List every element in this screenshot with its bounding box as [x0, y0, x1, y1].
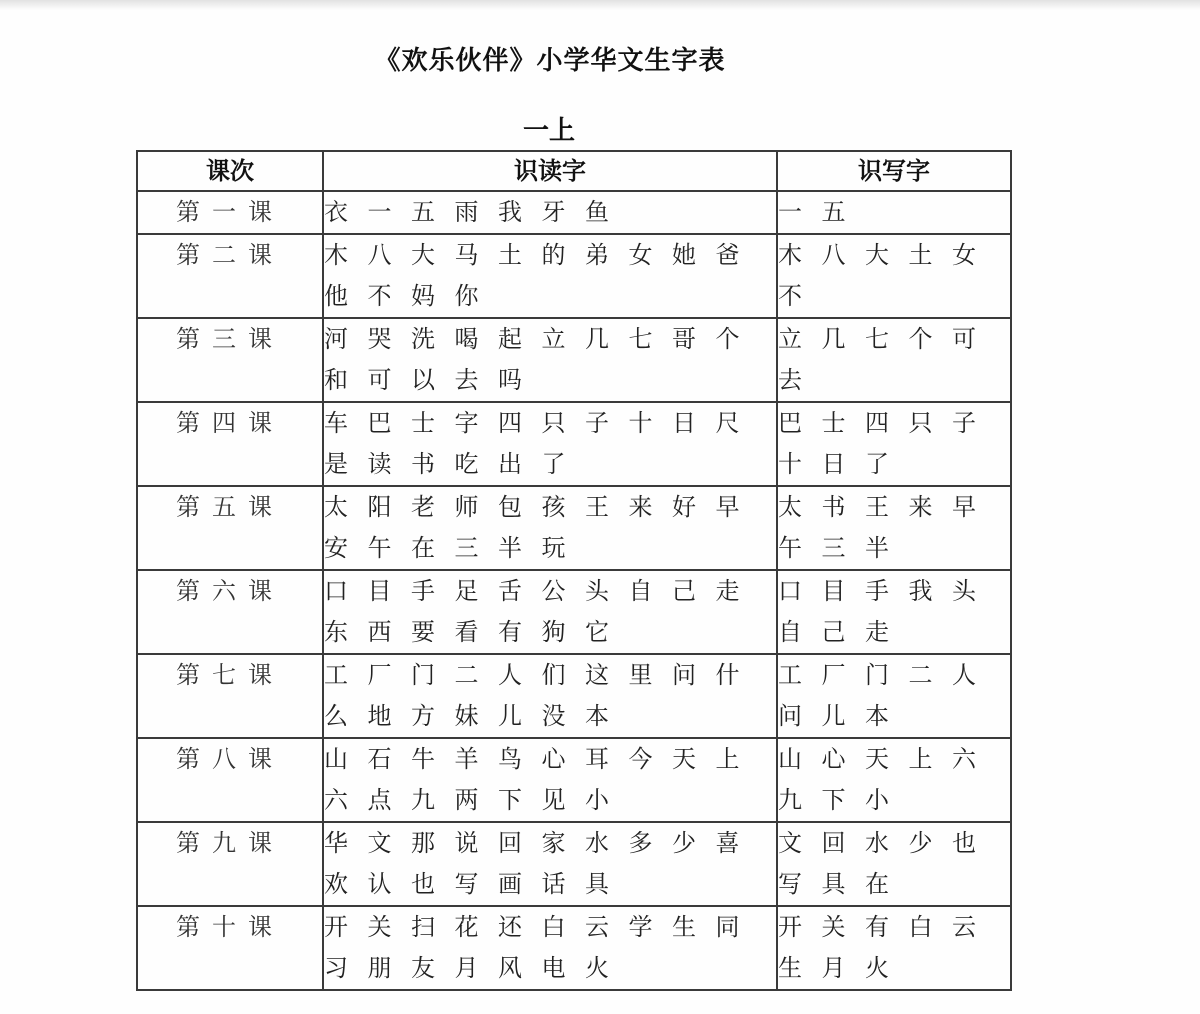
character: 妈 — [411, 276, 455, 317]
character: 山 — [778, 739, 822, 780]
character: 一 — [368, 192, 412, 233]
read-chars-cell: 太阳老师包孩王来好早安午在三半玩 — [323, 486, 777, 570]
char-line: 开关扫花还白云学生同 — [324, 907, 776, 948]
char-line: 口目手足舌公头自己走 — [324, 571, 776, 612]
character: 云 — [585, 907, 629, 948]
character: 西 — [368, 612, 412, 653]
character: 大 — [865, 235, 909, 276]
table-row: 第七课工厂门二人们这里问什么地方妹儿没本工厂门二人问儿本 — [137, 654, 1011, 738]
header-write-chars: 识写字 — [777, 151, 1011, 191]
character: 二 — [909, 655, 953, 696]
character: 少 — [672, 823, 716, 864]
character: 太 — [778, 487, 822, 528]
char-line: 木八大土女 — [778, 235, 1010, 276]
character: 午 — [368, 528, 412, 569]
character: 喜 — [716, 823, 760, 864]
character: 鸟 — [498, 739, 542, 780]
table-body: 第一课衣一五雨我牙鱼一五第二课木八大马土的弟女她爸他不妈你木八大土女不第三课河哭… — [137, 191, 1011, 990]
character: 阳 — [368, 487, 412, 528]
write-chars-cell: 太书王来早午三半 — [777, 486, 1011, 570]
character: 来 — [909, 487, 953, 528]
character: 舌 — [498, 571, 542, 612]
document-title: 《欢乐伙伴》小学华文生字表 — [0, 40, 1100, 77]
character: 头 — [585, 571, 629, 612]
character: 个 — [909, 319, 953, 360]
lesson-cell: 第六课 — [137, 570, 323, 654]
character: 孩 — [542, 487, 586, 528]
character: 口 — [778, 571, 822, 612]
character: 木 — [778, 235, 822, 276]
character: 只 — [542, 403, 586, 444]
character: 起 — [498, 319, 542, 360]
character: 么 — [324, 696, 368, 737]
character: 有 — [498, 612, 542, 653]
character: 不 — [778, 276, 822, 317]
character: 上 — [909, 739, 953, 780]
character: 在 — [411, 528, 455, 569]
character: 弟 — [585, 235, 629, 276]
character: 人 — [498, 655, 542, 696]
character: 去 — [455, 360, 499, 401]
table-row: 第五课太阳老师包孩王来好早安午在三半玩太书王来早午三半 — [137, 486, 1011, 570]
character: 工 — [778, 655, 822, 696]
write-chars-cell: 一五 — [777, 191, 1011, 234]
character: 可 — [952, 319, 996, 360]
char-line: 么地方妹儿没本 — [324, 696, 776, 737]
character: 士 — [822, 403, 866, 444]
character: 关 — [368, 907, 412, 948]
character: 老 — [411, 487, 455, 528]
write-chars-cell: 巴士四只子十日了 — [777, 402, 1011, 486]
character: 自 — [778, 612, 822, 653]
char-line: 山石牛羊鸟心耳今天上 — [324, 739, 776, 780]
table-row: 第八课山石牛羊鸟心耳今天上六点九两下见小山心天上六九下小 — [137, 738, 1011, 822]
character: 六 — [324, 780, 368, 821]
character: 师 — [455, 487, 499, 528]
character: 土 — [909, 235, 953, 276]
character: 了 — [542, 444, 586, 485]
character: 我 — [909, 571, 953, 612]
character: 巴 — [368, 403, 412, 444]
table-row: 第一课衣一五雨我牙鱼一五 — [137, 191, 1011, 234]
character: 我 — [498, 192, 542, 233]
character: 白 — [909, 907, 953, 948]
character: 吃 — [455, 444, 499, 485]
character: 厂 — [822, 655, 866, 696]
character: 风 — [498, 948, 542, 989]
lesson-cell: 第四课 — [137, 402, 323, 486]
character: 己 — [822, 612, 866, 653]
character: 四 — [498, 403, 542, 444]
character: 的 — [542, 235, 586, 276]
character: 四 — [865, 403, 909, 444]
char-line: 安午在三半玩 — [324, 528, 776, 569]
write-chars-cell: 口目手我头自己走 — [777, 570, 1011, 654]
character: 认 — [368, 864, 412, 905]
character: 雨 — [455, 192, 499, 233]
lesson-cell: 第二课 — [137, 234, 323, 318]
character: 说 — [455, 823, 499, 864]
character: 她 — [672, 235, 716, 276]
character: 看 — [455, 612, 499, 653]
character: 吗 — [498, 360, 542, 401]
character: 书 — [822, 487, 866, 528]
character: 问 — [778, 696, 822, 737]
write-chars-cell: 开关有白云生月火 — [777, 906, 1011, 990]
character: 本 — [865, 696, 909, 737]
character: 有 — [865, 907, 909, 948]
character: 目 — [368, 571, 412, 612]
character: 开 — [324, 907, 368, 948]
char-line: 和可以去吗 — [324, 360, 776, 401]
character: 半 — [865, 528, 909, 569]
character: 门 — [865, 655, 909, 696]
character: 好 — [672, 487, 716, 528]
character: 天 — [672, 739, 716, 780]
char-line: 九下小 — [778, 780, 1010, 821]
character: 日 — [672, 403, 716, 444]
character: 文 — [368, 823, 412, 864]
character: 河 — [324, 319, 368, 360]
character: 石 — [368, 739, 412, 780]
character: 写 — [778, 864, 822, 905]
character: 牙 — [542, 192, 586, 233]
char-line: 太书王来早 — [778, 487, 1010, 528]
character: 字 — [455, 403, 499, 444]
lesson-cell: 第一课 — [137, 191, 323, 234]
character: 它 — [585, 612, 629, 653]
lesson-cell: 第三课 — [137, 318, 323, 402]
character: 自 — [629, 571, 673, 612]
character: 书 — [411, 444, 455, 485]
character: 三 — [455, 528, 499, 569]
character: 白 — [542, 907, 586, 948]
character: 哭 — [368, 319, 412, 360]
lesson-cell: 第七课 — [137, 654, 323, 738]
character: 羊 — [455, 739, 499, 780]
char-line: 不 — [778, 276, 1010, 317]
character: 不 — [368, 276, 412, 317]
read-chars-cell: 木八大马土的弟女她爸他不妈你 — [323, 234, 777, 318]
write-chars-cell: 文回水少也写具在 — [777, 822, 1011, 906]
character: 他 — [324, 276, 368, 317]
table-row: 第九课华文那说回家水多少喜欢认也写画话具文回水少也写具在 — [137, 822, 1011, 906]
char-line: 写具在 — [778, 864, 1010, 905]
read-chars-cell: 开关扫花还白云学生同习朋友月风电火 — [323, 906, 777, 990]
character: 午 — [778, 528, 822, 569]
character: 五 — [822, 192, 866, 233]
character: 子 — [952, 403, 996, 444]
char-line: 木八大马土的弟女她爸 — [324, 235, 776, 276]
character: 华 — [324, 823, 368, 864]
character: 头 — [952, 571, 996, 612]
character: 木 — [324, 235, 368, 276]
character: 子 — [585, 403, 629, 444]
character: 可 — [368, 360, 412, 401]
write-chars-cell: 山心天上六九下小 — [777, 738, 1011, 822]
character: 小 — [865, 780, 909, 821]
character: 生 — [672, 907, 716, 948]
character: 今 — [629, 739, 673, 780]
read-chars-cell: 衣一五雨我牙鱼 — [323, 191, 777, 234]
character: 己 — [672, 571, 716, 612]
character: 们 — [542, 655, 586, 696]
character: 八 — [822, 235, 866, 276]
character: 手 — [411, 571, 455, 612]
character: 鱼 — [585, 192, 629, 233]
char-line: 华文那说回家水多少喜 — [324, 823, 776, 864]
character: 两 — [455, 780, 499, 821]
char-line: 生月火 — [778, 948, 1010, 989]
character: 以 — [411, 360, 455, 401]
character: 口 — [324, 571, 368, 612]
character: 下 — [498, 780, 542, 821]
table-row: 第四课车巴士字四只子十日尺是读书吃出了巴士四只子十日了 — [137, 402, 1011, 486]
write-chars-cell: 立几七个可去 — [777, 318, 1011, 402]
character: 小 — [585, 780, 629, 821]
character: 话 — [542, 864, 586, 905]
table-row: 第二课木八大马土的弟女她爸他不妈你木八大土女不 — [137, 234, 1011, 318]
character: 车 — [324, 403, 368, 444]
character: 山 — [324, 739, 368, 780]
character: 家 — [542, 823, 586, 864]
character: 儿 — [498, 696, 542, 737]
character: 水 — [865, 823, 909, 864]
character: 开 — [778, 907, 822, 948]
character: 只 — [909, 403, 953, 444]
character: 一 — [778, 192, 822, 233]
char-line: 去 — [778, 360, 1010, 401]
character: 手 — [865, 571, 909, 612]
character-table: 课次 识读字 识写字 第一课衣一五雨我牙鱼一五第二课木八大马土的弟女她爸他不妈你… — [136, 150, 1012, 991]
table-header-row: 课次 识读字 识写字 — [137, 151, 1011, 191]
character: 公 — [542, 571, 586, 612]
character: 妹 — [455, 696, 499, 737]
character: 七 — [629, 319, 673, 360]
char-line: 六点九两下见小 — [324, 780, 776, 821]
viewer-top-shadow — [0, 0, 1200, 10]
character: 方 — [411, 696, 455, 737]
character: 文 — [778, 823, 822, 864]
character: 多 — [629, 823, 673, 864]
character: 去 — [778, 360, 822, 401]
character: 二 — [455, 655, 499, 696]
table-row: 第六课口目手足舌公头自己走东西要看有狗它口目手我头自己走 — [137, 570, 1011, 654]
character: 马 — [455, 235, 499, 276]
character: 十 — [629, 403, 673, 444]
character: 月 — [822, 948, 866, 989]
character: 没 — [542, 696, 586, 737]
char-line: 工厂门二人 — [778, 655, 1010, 696]
char-line: 车巴士字四只子十日尺 — [324, 403, 776, 444]
character: 是 — [324, 444, 368, 485]
character: 点 — [368, 780, 412, 821]
character: 见 — [542, 780, 586, 821]
char-line: 太阳老师包孩王来好早 — [324, 487, 776, 528]
character: 具 — [822, 864, 866, 905]
character: 立 — [542, 319, 586, 360]
character: 还 — [498, 907, 542, 948]
character: 儿 — [822, 696, 866, 737]
character: 扫 — [411, 907, 455, 948]
character: 在 — [865, 864, 909, 905]
character: 牛 — [411, 739, 455, 780]
character: 少 — [909, 823, 953, 864]
character: 那 — [411, 823, 455, 864]
char-line: 习朋友月风电火 — [324, 948, 776, 989]
document-subtitle: 一上 — [0, 110, 1098, 147]
character: 也 — [952, 823, 996, 864]
read-chars-cell: 工厂门二人们这里问什么地方妹儿没本 — [323, 654, 777, 738]
character: 目 — [822, 571, 866, 612]
character: 喝 — [455, 319, 499, 360]
character: 回 — [822, 823, 866, 864]
character: 个 — [716, 319, 760, 360]
char-line: 河哭洗喝起立几七哥个 — [324, 319, 776, 360]
character: 工 — [324, 655, 368, 696]
lesson-cell: 第九课 — [137, 822, 323, 906]
character: 心 — [542, 739, 586, 780]
char-line: 开关有白云 — [778, 907, 1010, 948]
character: 了 — [865, 444, 909, 485]
character: 什 — [716, 655, 760, 696]
character: 哥 — [672, 319, 716, 360]
header-read-chars: 识读字 — [323, 151, 777, 191]
character: 里 — [629, 655, 673, 696]
character: 和 — [324, 360, 368, 401]
lesson-cell: 第十课 — [137, 906, 323, 990]
read-chars-cell: 河哭洗喝起立几七哥个和可以去吗 — [323, 318, 777, 402]
character: 耳 — [585, 739, 629, 780]
character: 月 — [455, 948, 499, 989]
character: 衣 — [324, 192, 368, 233]
character: 女 — [952, 235, 996, 276]
char-line: 东西要看有狗它 — [324, 612, 776, 653]
character: 王 — [585, 487, 629, 528]
character: 同 — [716, 907, 760, 948]
char-line: 立几七个可 — [778, 319, 1010, 360]
character: 洗 — [411, 319, 455, 360]
character: 王 — [865, 487, 909, 528]
character: 门 — [411, 655, 455, 696]
character: 友 — [411, 948, 455, 989]
character: 土 — [498, 235, 542, 276]
character: 八 — [368, 235, 412, 276]
header-lesson: 课次 — [137, 151, 323, 191]
table-row: 第十课开关扫花还白云学生同习朋友月风电火开关有白云生月火 — [137, 906, 1011, 990]
read-chars-cell: 华文那说回家水多少喜欢认也写画话具 — [323, 822, 777, 906]
character: 六 — [952, 739, 996, 780]
read-chars-cell: 山石牛羊鸟心耳今天上六点九两下见小 — [323, 738, 777, 822]
character: 人 — [952, 655, 996, 696]
character: 云 — [952, 907, 996, 948]
character: 读 — [368, 444, 412, 485]
character: 爸 — [716, 235, 760, 276]
character: 上 — [716, 739, 760, 780]
char-line: 欢认也写画话具 — [324, 864, 776, 905]
char-line: 一五 — [778, 192, 1010, 233]
character: 七 — [865, 319, 909, 360]
character: 走 — [865, 612, 909, 653]
character: 电 — [542, 948, 586, 989]
character: 尺 — [716, 403, 760, 444]
character: 出 — [498, 444, 542, 485]
character: 巴 — [778, 403, 822, 444]
character: 花 — [455, 907, 499, 948]
char-line: 山心天上六 — [778, 739, 1010, 780]
read-chars-cell: 口目手足舌公头自己走东西要看有狗它 — [323, 570, 777, 654]
character: 欢 — [324, 864, 368, 905]
character: 十 — [778, 444, 822, 485]
character: 包 — [498, 487, 542, 528]
char-line: 自己走 — [778, 612, 1010, 653]
character: 天 — [865, 739, 909, 780]
char-line: 文回水少也 — [778, 823, 1010, 864]
character: 九 — [411, 780, 455, 821]
character: 来 — [629, 487, 673, 528]
character: 女 — [629, 235, 673, 276]
character: 几 — [822, 319, 866, 360]
character: 也 — [411, 864, 455, 905]
character: 半 — [498, 528, 542, 569]
character: 这 — [585, 655, 629, 696]
character: 东 — [324, 612, 368, 653]
character: 九 — [778, 780, 822, 821]
write-chars-cell: 工厂门二人问儿本 — [777, 654, 1011, 738]
character: 足 — [455, 571, 499, 612]
lesson-cell: 第五课 — [137, 486, 323, 570]
char-line: 午三半 — [778, 528, 1010, 569]
character: 朋 — [368, 948, 412, 989]
character: 火 — [585, 948, 629, 989]
character: 士 — [411, 403, 455, 444]
character: 具 — [585, 864, 629, 905]
char-line: 工厂门二人们这里问什 — [324, 655, 776, 696]
char-line: 他不妈你 — [324, 276, 776, 317]
character: 早 — [952, 487, 996, 528]
character: 地 — [368, 696, 412, 737]
character: 习 — [324, 948, 368, 989]
character: 几 — [585, 319, 629, 360]
char-line: 问儿本 — [778, 696, 1010, 737]
character: 问 — [672, 655, 716, 696]
character: 立 — [778, 319, 822, 360]
character: 回 — [498, 823, 542, 864]
character: 厂 — [368, 655, 412, 696]
char-line: 口目手我头 — [778, 571, 1010, 612]
char-line: 巴士四只子 — [778, 403, 1010, 444]
character: 早 — [716, 487, 760, 528]
character: 本 — [585, 696, 629, 737]
character: 生 — [778, 948, 822, 989]
character: 安 — [324, 528, 368, 569]
character: 关 — [822, 907, 866, 948]
table-row: 第三课河哭洗喝起立几七哥个和可以去吗立几七个可去 — [137, 318, 1011, 402]
character: 水 — [585, 823, 629, 864]
character: 下 — [822, 780, 866, 821]
character: 你 — [455, 276, 499, 317]
char-line: 十日了 — [778, 444, 1010, 485]
character: 三 — [822, 528, 866, 569]
character: 画 — [498, 864, 542, 905]
character: 太 — [324, 487, 368, 528]
character: 火 — [865, 948, 909, 989]
character: 要 — [411, 612, 455, 653]
read-chars-cell: 车巴士字四只子十日尺是读书吃出了 — [323, 402, 777, 486]
character: 大 — [411, 235, 455, 276]
character: 狗 — [542, 612, 586, 653]
char-line: 是读书吃出了 — [324, 444, 776, 485]
